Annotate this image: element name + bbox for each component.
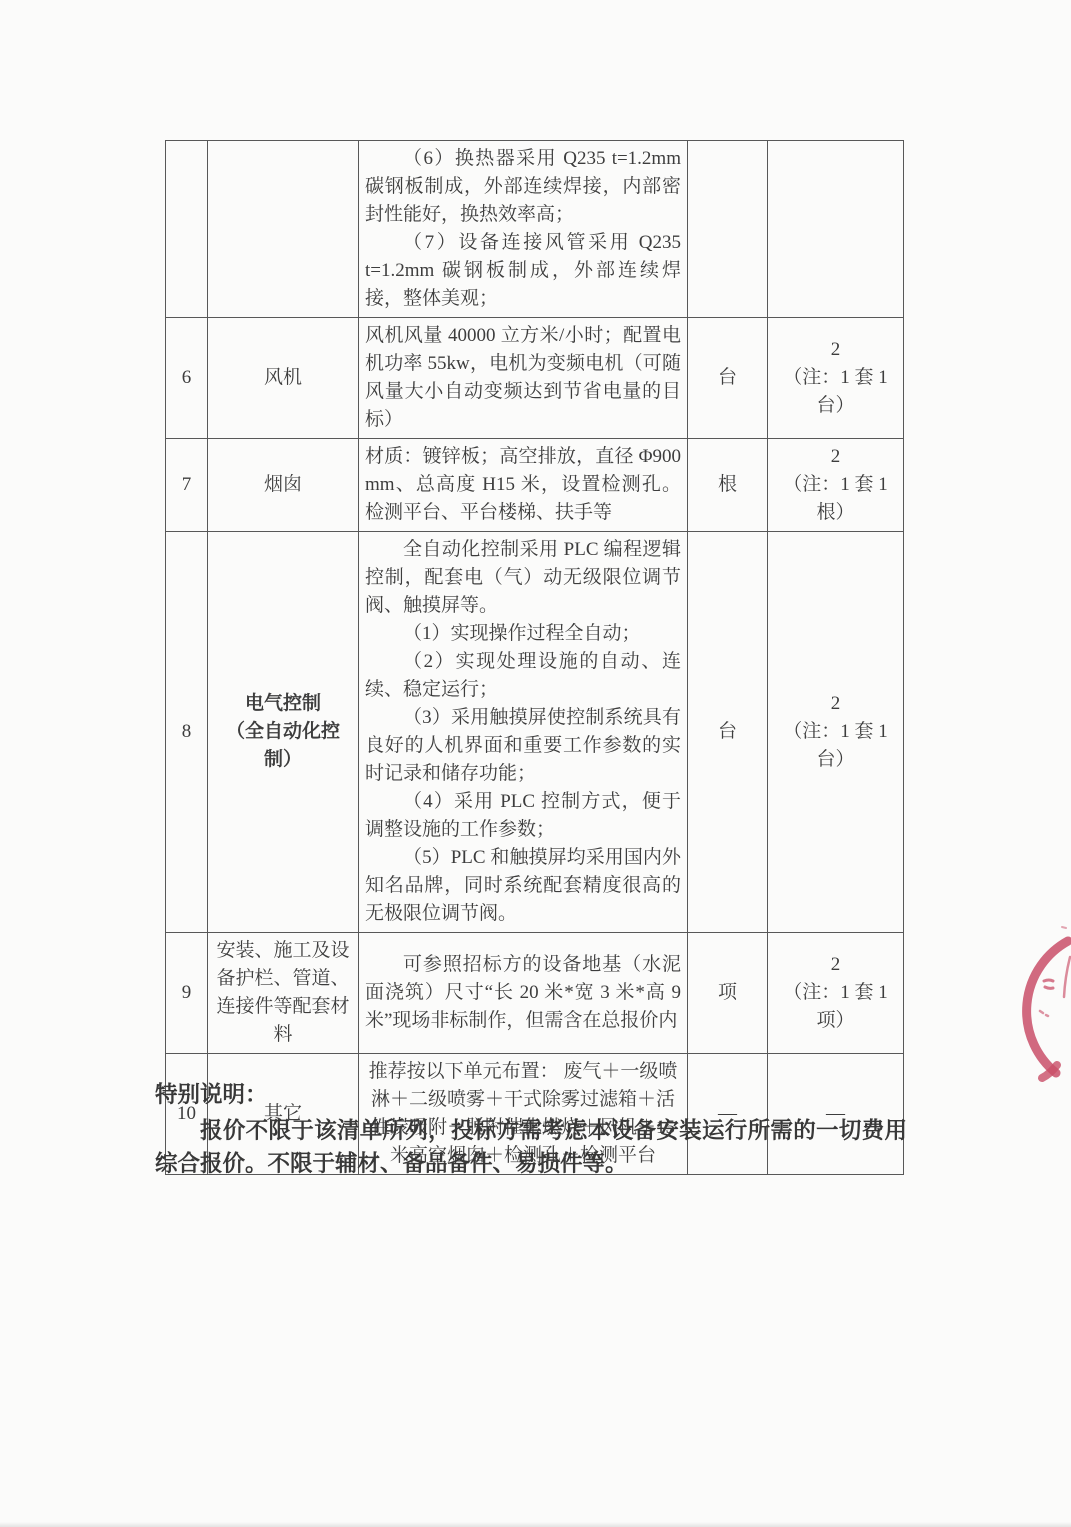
special-notes-section: 特别说明： 报价不限于该清单所列，投标方需考虑本设备安装运行所需的一切费用综合报… (155, 1080, 907, 1180)
description-paragraph: 可参照招标方的设备地基（水泥面浇筑）尺寸“长 20 米*宽 3 米*高 9 米”… (365, 951, 681, 1035)
row-number-cell (166, 141, 208, 318)
description-paragraph: （2）实现处理设施的自动、连续、稳定运行； (365, 648, 681, 704)
description-paragraph: （7）设备连接风管采用 Q235 t=1.2mm 碳钢板制成，外部连续焊接，整体… (365, 229, 681, 313)
item-name-cell (208, 141, 359, 318)
row-number-cell: 6 (166, 318, 208, 439)
equipment-spec-table: （6）换热器采用 Q235 t=1.2mm 碳钢板制成，外部连续焊接，内部密封性… (165, 140, 904, 1175)
table-row-9: 9 安装、施工及设 备护栏、管道、 连接件等配套材 料 可参照招标方的设备地基（… (166, 933, 904, 1054)
description-paragraph: （5）PLC 和触摸屏均采用国内外知名品牌，同时系统配套精度很高的无极限位调节阀… (365, 844, 681, 928)
unit-cell (688, 141, 768, 318)
quantity-cell: 2 （注：1 套 1 项） (768, 933, 904, 1054)
description-paragraph: （4）采用 PLC 控制方式，便于调整设施的工作参数； (365, 788, 681, 844)
item-description-cell: （6）换热器采用 Q235 t=1.2mm 碳钢板制成，外部连续焊接，内部密封性… (359, 141, 688, 318)
description-paragraph: 材质：镀锌板；高空排放，直径 Φ900 mm、总高度 H15 米，设置检测孔。检… (365, 443, 681, 527)
description-paragraph: （3）采用触摸屏使控制系统具有良好的人机界面和重要工作参数的实时记录和储存功能； (365, 704, 681, 788)
scan-bottom-edge (0, 1522, 1071, 1527)
item-description-cell: 可参照招标方的设备地基（水泥面浇筑）尺寸“长 20 米*宽 3 米*高 9 米”… (359, 933, 688, 1054)
row-number-cell: 8 (166, 532, 208, 933)
item-name-cell: 安装、施工及设 备护栏、管道、 连接件等配套材 料 (208, 933, 359, 1054)
unit-cell: 台 (688, 532, 768, 933)
item-description-cell: 材质：镀锌板；高空排放，直径 Φ900 mm、总高度 H15 米，设置检测孔。检… (359, 439, 688, 532)
table-row-8: 8 电气控制 （全自动化控 制） 全自动化控制采用 PLC 编程逻辑控制，配套电… (166, 532, 904, 933)
unit-cell: 根 (688, 439, 768, 532)
description-paragraph: 全自动化控制采用 PLC 编程逻辑控制，配套电（气）动无级限位调节阀、触摸屏等。 (365, 536, 681, 620)
row-number-cell: 7 (166, 439, 208, 532)
table-row-continued: （6）换热器采用 Q235 t=1.2mm 碳钢板制成，外部连续焊接，内部密封性… (166, 141, 904, 318)
description-paragraph: 风机风量 40000 立方米/小时；配置电机功率 55kw，电机为变频电机（可随… (365, 322, 681, 434)
scanned-document-page: （6）换热器采用 Q235 t=1.2mm 碳钢板制成，外部连续焊接，内部密封性… (0, 0, 1071, 1527)
item-description-cell: 全自动化控制采用 PLC 编程逻辑控制，配套电（气）动无级限位调节阀、触摸屏等。… (359, 532, 688, 933)
unit-cell: 项 (688, 933, 768, 1054)
item-name-cell: 风机 (208, 318, 359, 439)
item-name-cell: 电气控制 （全自动化控 制） (208, 532, 359, 933)
item-name-cell: 烟囱 (208, 439, 359, 532)
table-row-6: 6 风机 风机风量 40000 立方米/小时；配置电机功率 55kw，电机为变频… (166, 318, 904, 439)
quantity-cell: 2 （注：1 套 1 台） (768, 532, 904, 933)
item-description-cell: 风机风量 40000 立方米/小时；配置电机功率 55kw，电机为变频电机（可随… (359, 318, 688, 439)
quantity-cell: 2 （注：1 套 1 根） (768, 439, 904, 532)
row-number-cell: 9 (166, 933, 208, 1054)
description-paragraph: （6）换热器采用 Q235 t=1.2mm 碳钢板制成，外部连续焊接，内部密封性… (365, 145, 681, 229)
quantity-cell: 2 （注：1 套 1 台） (768, 318, 904, 439)
quantity-cell (768, 141, 904, 318)
description-paragraph: （1）实现操作过程全自动； (365, 620, 681, 648)
red-seal-stamp-icon (1000, 915, 1071, 1105)
table-row-7: 7 烟囱 材质：镀锌板；高空排放，直径 Φ900 mm、总高度 H15 米，设置… (166, 439, 904, 532)
special-notes-title: 特别说明： (155, 1080, 907, 1110)
unit-cell: 台 (688, 318, 768, 439)
special-notes-body: 报价不限于该清单所列，投标方需考虑本设备安装运行所需的一切费用综合报价。不限于辅… (155, 1114, 907, 1180)
